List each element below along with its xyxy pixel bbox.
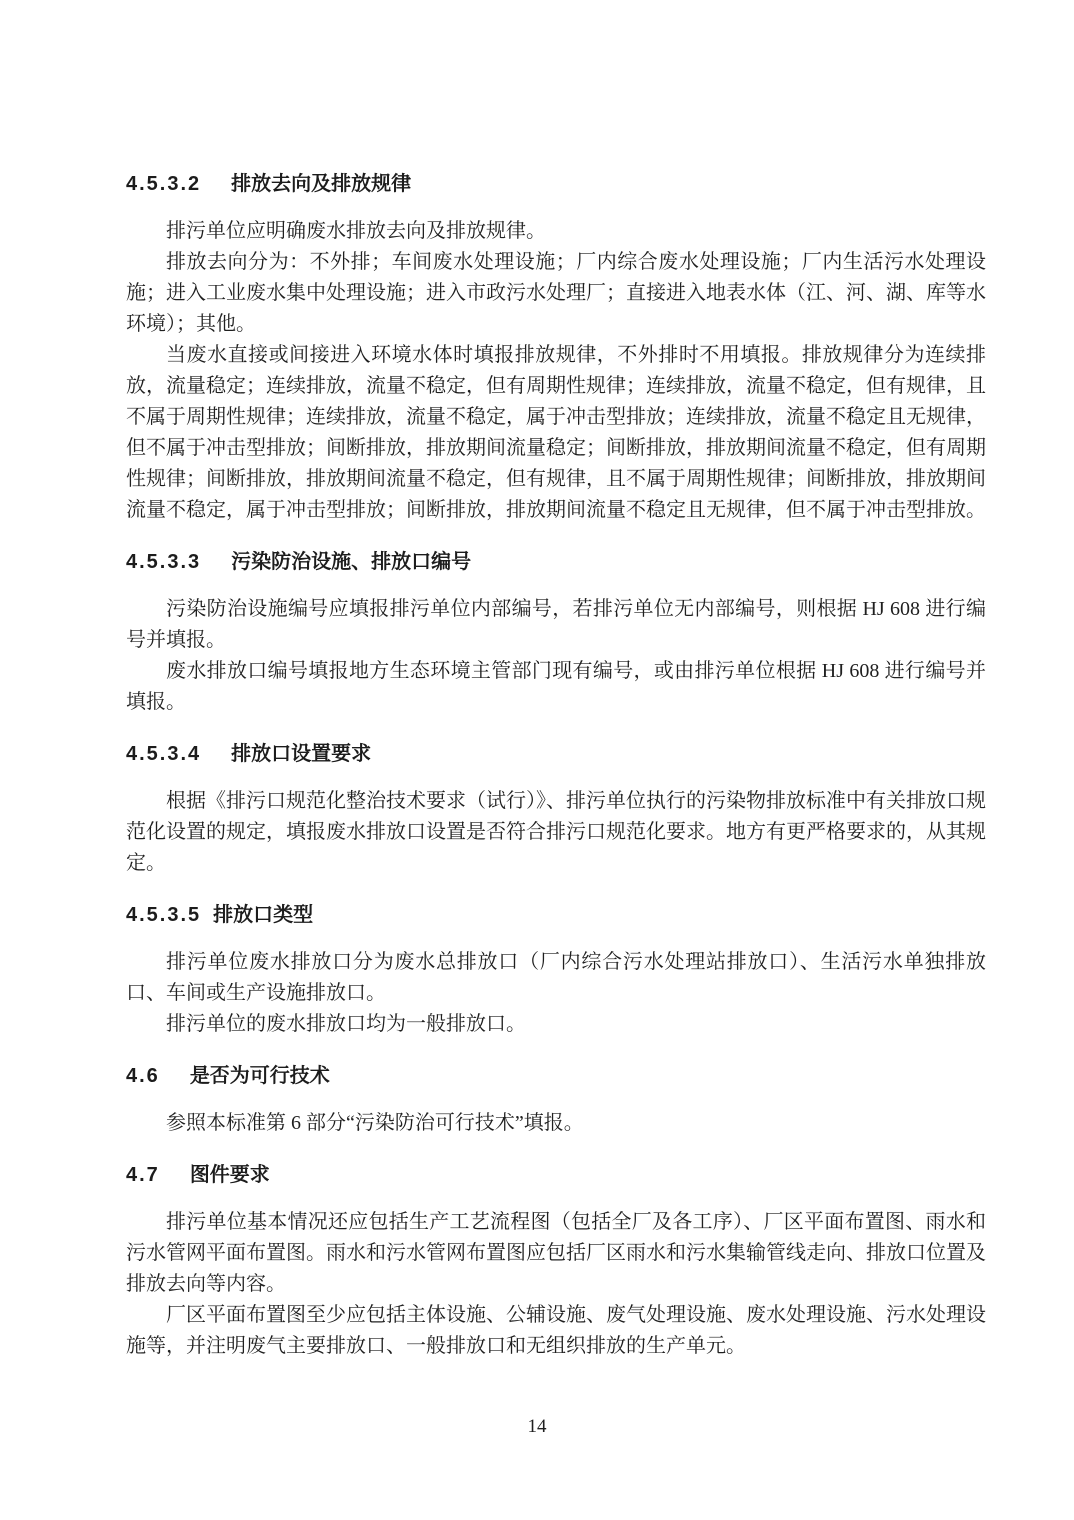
section-number: 4.5.3.5 bbox=[126, 904, 201, 926]
body-paragraph: 参照本标准第 6 部分“污染防治可行技术”填报。 bbox=[126, 1108, 986, 1139]
body-paragraph: 排污单位基本情况还应包括生产工艺流程图（包括全厂及各工序）、厂区平面布置图、雨水… bbox=[126, 1207, 986, 1300]
document-page: 4.5.3.2排放去向及排放规律 排污单位应明确废水排放去向及排放规律。 排放去… bbox=[0, 0, 1074, 1520]
section-title: 图件要求 bbox=[190, 1164, 270, 1186]
body-paragraph: 厂区平面布置图至少应包括主体设施、公辅设施、废气处理设施、废水处理设施、污水处理… bbox=[126, 1300, 986, 1362]
section-number: 4.5.3.2 bbox=[126, 173, 201, 195]
section-heading-4-5-3-4: 4.5.3.4排放口设置要求 bbox=[126, 740, 986, 768]
section-title: 排放去向及排放规律 bbox=[231, 173, 411, 195]
body-paragraph: 排污单位废水排放口分为废水总排放口（厂内综合污水处理站排放口）、生活污水单独排放… bbox=[126, 947, 986, 1009]
body-paragraph: 根据《排污口规范化整治技术要求（试行）》、排污单位执行的污染物排放标准中有关排放… bbox=[126, 786, 986, 879]
section-heading-4-5-3-3: 4.5.3.3污染防治设施、排放口编号 bbox=[126, 548, 986, 576]
section-heading-4-6: 4.6是否为可行技术 bbox=[126, 1062, 986, 1090]
body-paragraph: 排污单位应明确废水排放去向及排放规律。 bbox=[126, 216, 986, 247]
section-number: 4.5.3.3 bbox=[126, 551, 201, 573]
section-title: 排放口设置要求 bbox=[231, 743, 371, 765]
page-number: 14 bbox=[0, 1416, 1074, 1438]
section-number: 4.5.3.4 bbox=[126, 743, 201, 765]
body-paragraph: 排放去向分为：不外排；车间废水处理设施；厂内综合废水处理设施；厂内生活污水处理设… bbox=[126, 247, 986, 340]
section-number: 4.7 bbox=[126, 1164, 160, 1186]
document-body: 4.5.3.2排放去向及排放规律 排污单位应明确废水排放去向及排放规律。 排放去… bbox=[0, 0, 1074, 1362]
body-paragraph: 排污单位的废水排放口均为一般排放口。 bbox=[126, 1009, 986, 1040]
body-paragraph: 污染防治设施编号应填报排污单位内部编号，若排污单位无内部编号，则根据 HJ 60… bbox=[126, 594, 986, 656]
body-paragraph: 当废水直接或间接进入环境水体时填报排放规律，不外排时不用填报。排放规律分为连续排… bbox=[126, 340, 986, 526]
section-heading-4-5-3-5: 4.5.3.5排放口类型 bbox=[126, 901, 986, 929]
body-paragraph: 废水排放口编号填报地方生态环境主管部门现有编号，或由排污单位根据 HJ 608 … bbox=[126, 656, 986, 718]
section-title: 是否为可行技术 bbox=[190, 1065, 330, 1087]
section-title: 污染防治设施、排放口编号 bbox=[231, 551, 471, 573]
section-heading-4-7: 4.7图件要求 bbox=[126, 1161, 986, 1189]
section-title: 排放口类型 bbox=[213, 904, 313, 926]
section-heading-4-5-3-2: 4.5.3.2排放去向及排放规律 bbox=[126, 170, 986, 198]
section-number: 4.6 bbox=[126, 1065, 160, 1087]
